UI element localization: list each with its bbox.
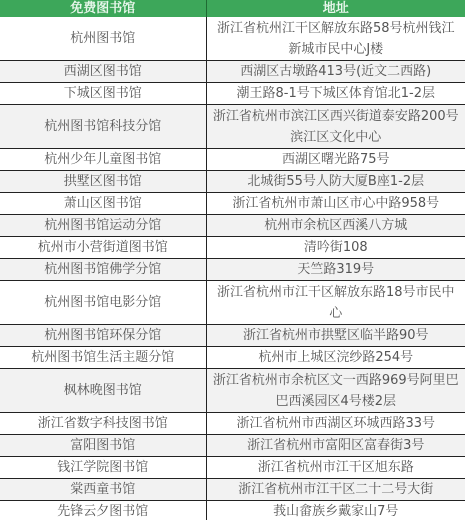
library-address-cell: 浙江省杭州市萧山区市心中路958号 [206,193,465,215]
library-name-cell: 杭州图书馆生活主题分馆 [0,347,206,369]
library-name-cell: 棠西童书馆 [0,479,206,501]
library-address-cell: 浙江省杭州市拱墅区临半路90号 [206,325,465,347]
table-row: 杭州图书馆环保分馆 浙江省杭州市拱墅区临半路90号 [0,325,465,347]
table-row: 下城区图书馆 潮王路8-1号下城区体育馆北1-2层 [0,83,465,105]
table-row: 拱墅区图书馆 北城街55号人防大厦B座1-2层 [0,171,465,193]
library-name-cell: 杭州图书馆科技分馆 [0,105,206,149]
table-row: 杭州图书馆运动分馆 杭州市余杭区西溪八方城 [0,215,465,237]
library-name-cell: 浙江省数字科技图书馆 [0,413,206,435]
library-name-cell: 杭州图书馆运动分馆 [0,215,206,237]
table-row: 西湖区图书馆 西湖区古墩路413号(近文二西路) [0,61,465,83]
library-address-cell: 天竺路319号 [206,259,465,281]
library-name-cell: 杭州少年儿童图书馆 [0,149,206,171]
library-name-cell: 杭州图书馆环保分馆 [0,325,206,347]
library-address-cell: 浙江省杭州市滨江区西兴街道泰安路200号滨江区文化中心 [206,105,465,149]
library-address-cell: 西湖区曙光路75号 [206,149,465,171]
table-header-row: 免费图书馆 地址 [0,0,465,17]
table-row: 枫林晚图书馆 浙江省杭州市余杭区文一西路969号阿里巴巴西溪园区4号楼2层 [0,369,465,413]
library-name-cell: 钱江学院图书馆 [0,457,206,479]
library-address-cell: 浙江省杭州市江干区解放东路18号市民中心 [206,281,465,325]
library-name-cell: 杭州图书馆 [0,17,206,61]
library-table: 免费图书馆 地址 杭州图书馆 浙江省杭州江干区解放东路58号杭州钱江新城市民中心… [0,0,465,520]
table-row: 杭州图书馆科技分馆 浙江省杭州市滨江区西兴街道泰安路200号滨江区文化中心 [0,105,465,149]
table-row: 杭州图书馆电影分馆 浙江省杭州市江干区解放东路18号市民中心 [0,281,465,325]
table-row: 先锋云夕图书馆 莪山畲族乡戴家山7号 [0,501,465,520]
library-name-cell: 枫林晚图书馆 [0,369,206,413]
table-row: 萧山区图书馆 浙江省杭州市萧山区市心中路958号 [0,193,465,215]
library-address-cell: 浙江省杭州市江干区二十二号大街 [206,479,465,501]
table-row: 富阳图书馆 浙江省杭州市富阳区富春街3号 [0,435,465,457]
table-row: 钱江学院图书馆 浙江省杭州市江干区旭东路 [0,457,465,479]
table-row: 杭州少年儿童图书馆 西湖区曙光路75号 [0,149,465,171]
library-name-cell: 杭州市小营街道图书馆 [0,237,206,259]
library-address-cell: 杭州市上城区浣纱路254号 [206,347,465,369]
table-row: 杭州图书馆生活主题分馆 杭州市上城区浣纱路254号 [0,347,465,369]
library-address-cell: 浙江省杭州市富阳区富春街3号 [206,435,465,457]
library-address-cell: 潮王路8-1号下城区体育馆北1-2层 [206,83,465,105]
library-name-cell: 下城区图书馆 [0,83,206,105]
library-address-cell: 浙江省杭州市江干区旭东路 [206,457,465,479]
library-name-cell: 萧山区图书馆 [0,193,206,215]
library-address-cell: 西湖区古墩路413号(近文二西路) [206,61,465,83]
column-header-library: 免费图书馆 [0,0,206,17]
library-address-cell: 北城街55号人防大厦B座1-2层 [206,171,465,193]
library-address-cell: 莪山畲族乡戴家山7号 [206,501,465,520]
library-name-cell: 先锋云夕图书馆 [0,501,206,520]
library-name-cell: 杭州图书馆电影分馆 [0,281,206,325]
table-row: 杭州图书馆 浙江省杭州江干区解放东路58号杭州钱江新城市民中心J楼 [0,17,465,61]
table-row: 棠西童书馆 浙江省杭州市江干区二十二号大街 [0,479,465,501]
library-address-cell: 浙江省杭州市西湖区环城西路33号 [206,413,465,435]
library-name-cell: 杭州图书馆佛学分馆 [0,259,206,281]
library-address-cell: 浙江省杭州市余杭区文一西路969号阿里巴巴西溪园区4号楼2层 [206,369,465,413]
library-name-cell: 富阳图书馆 [0,435,206,457]
table-row: 杭州市小营街道图书馆 清吟街108 [0,237,465,259]
library-address-cell: 清吟街108 [206,237,465,259]
library-address-cell: 浙江省杭州江干区解放东路58号杭州钱江新城市民中心J楼 [206,17,465,61]
library-name-cell: 拱墅区图书馆 [0,171,206,193]
library-address-cell: 杭州市余杭区西溪八方城 [206,215,465,237]
table-row: 浙江省数字科技图书馆 浙江省杭州市西湖区环城西路33号 [0,413,465,435]
table-row: 杭州图书馆佛学分馆 天竺路319号 [0,259,465,281]
library-name-cell: 西湖区图书馆 [0,61,206,83]
column-header-address: 地址 [206,0,465,17]
